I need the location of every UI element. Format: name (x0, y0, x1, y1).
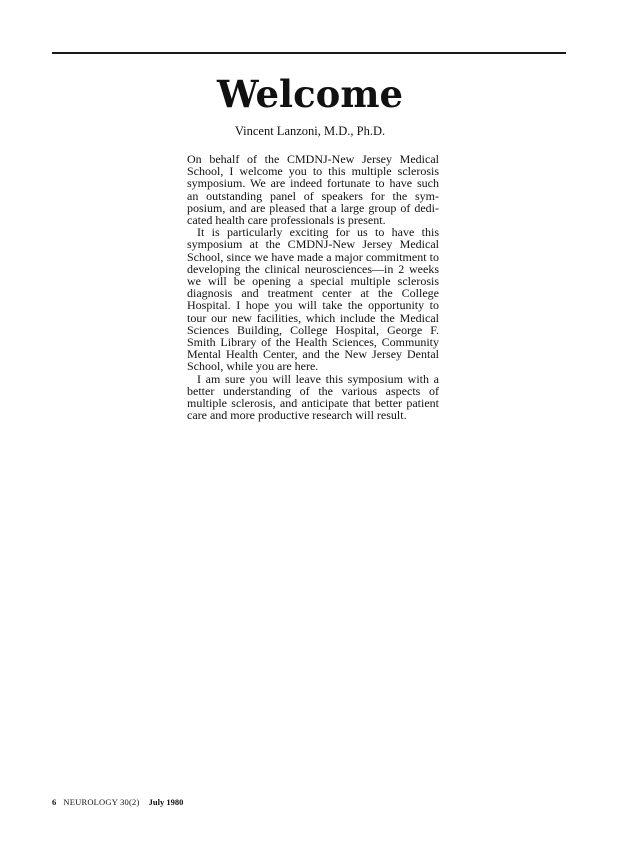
paragraph-1: On behalf of the CMDNJ-New Jersey Medica… (187, 153, 439, 226)
article-body: On behalf of the CMDNJ-New Jersey Medica… (187, 153, 439, 421)
author-byline: Vincent Lanzoni, M.D., Ph.D. (0, 123, 620, 139)
paragraph-2: It is particularly exciting for us to ha… (187, 226, 439, 372)
page-number: 6 (52, 797, 56, 807)
journal-citation: NEUROLOGY 30(2) (63, 797, 139, 807)
page-footer: 6 NEUROLOGY 30(2) July 1980 (52, 797, 183, 807)
page-title: Welcome (0, 72, 620, 116)
paragraph-3: I am sure you will leave this symposium … (187, 373, 439, 422)
issue-date: July 1980 (149, 797, 184, 807)
top-rule-divider (52, 52, 566, 54)
